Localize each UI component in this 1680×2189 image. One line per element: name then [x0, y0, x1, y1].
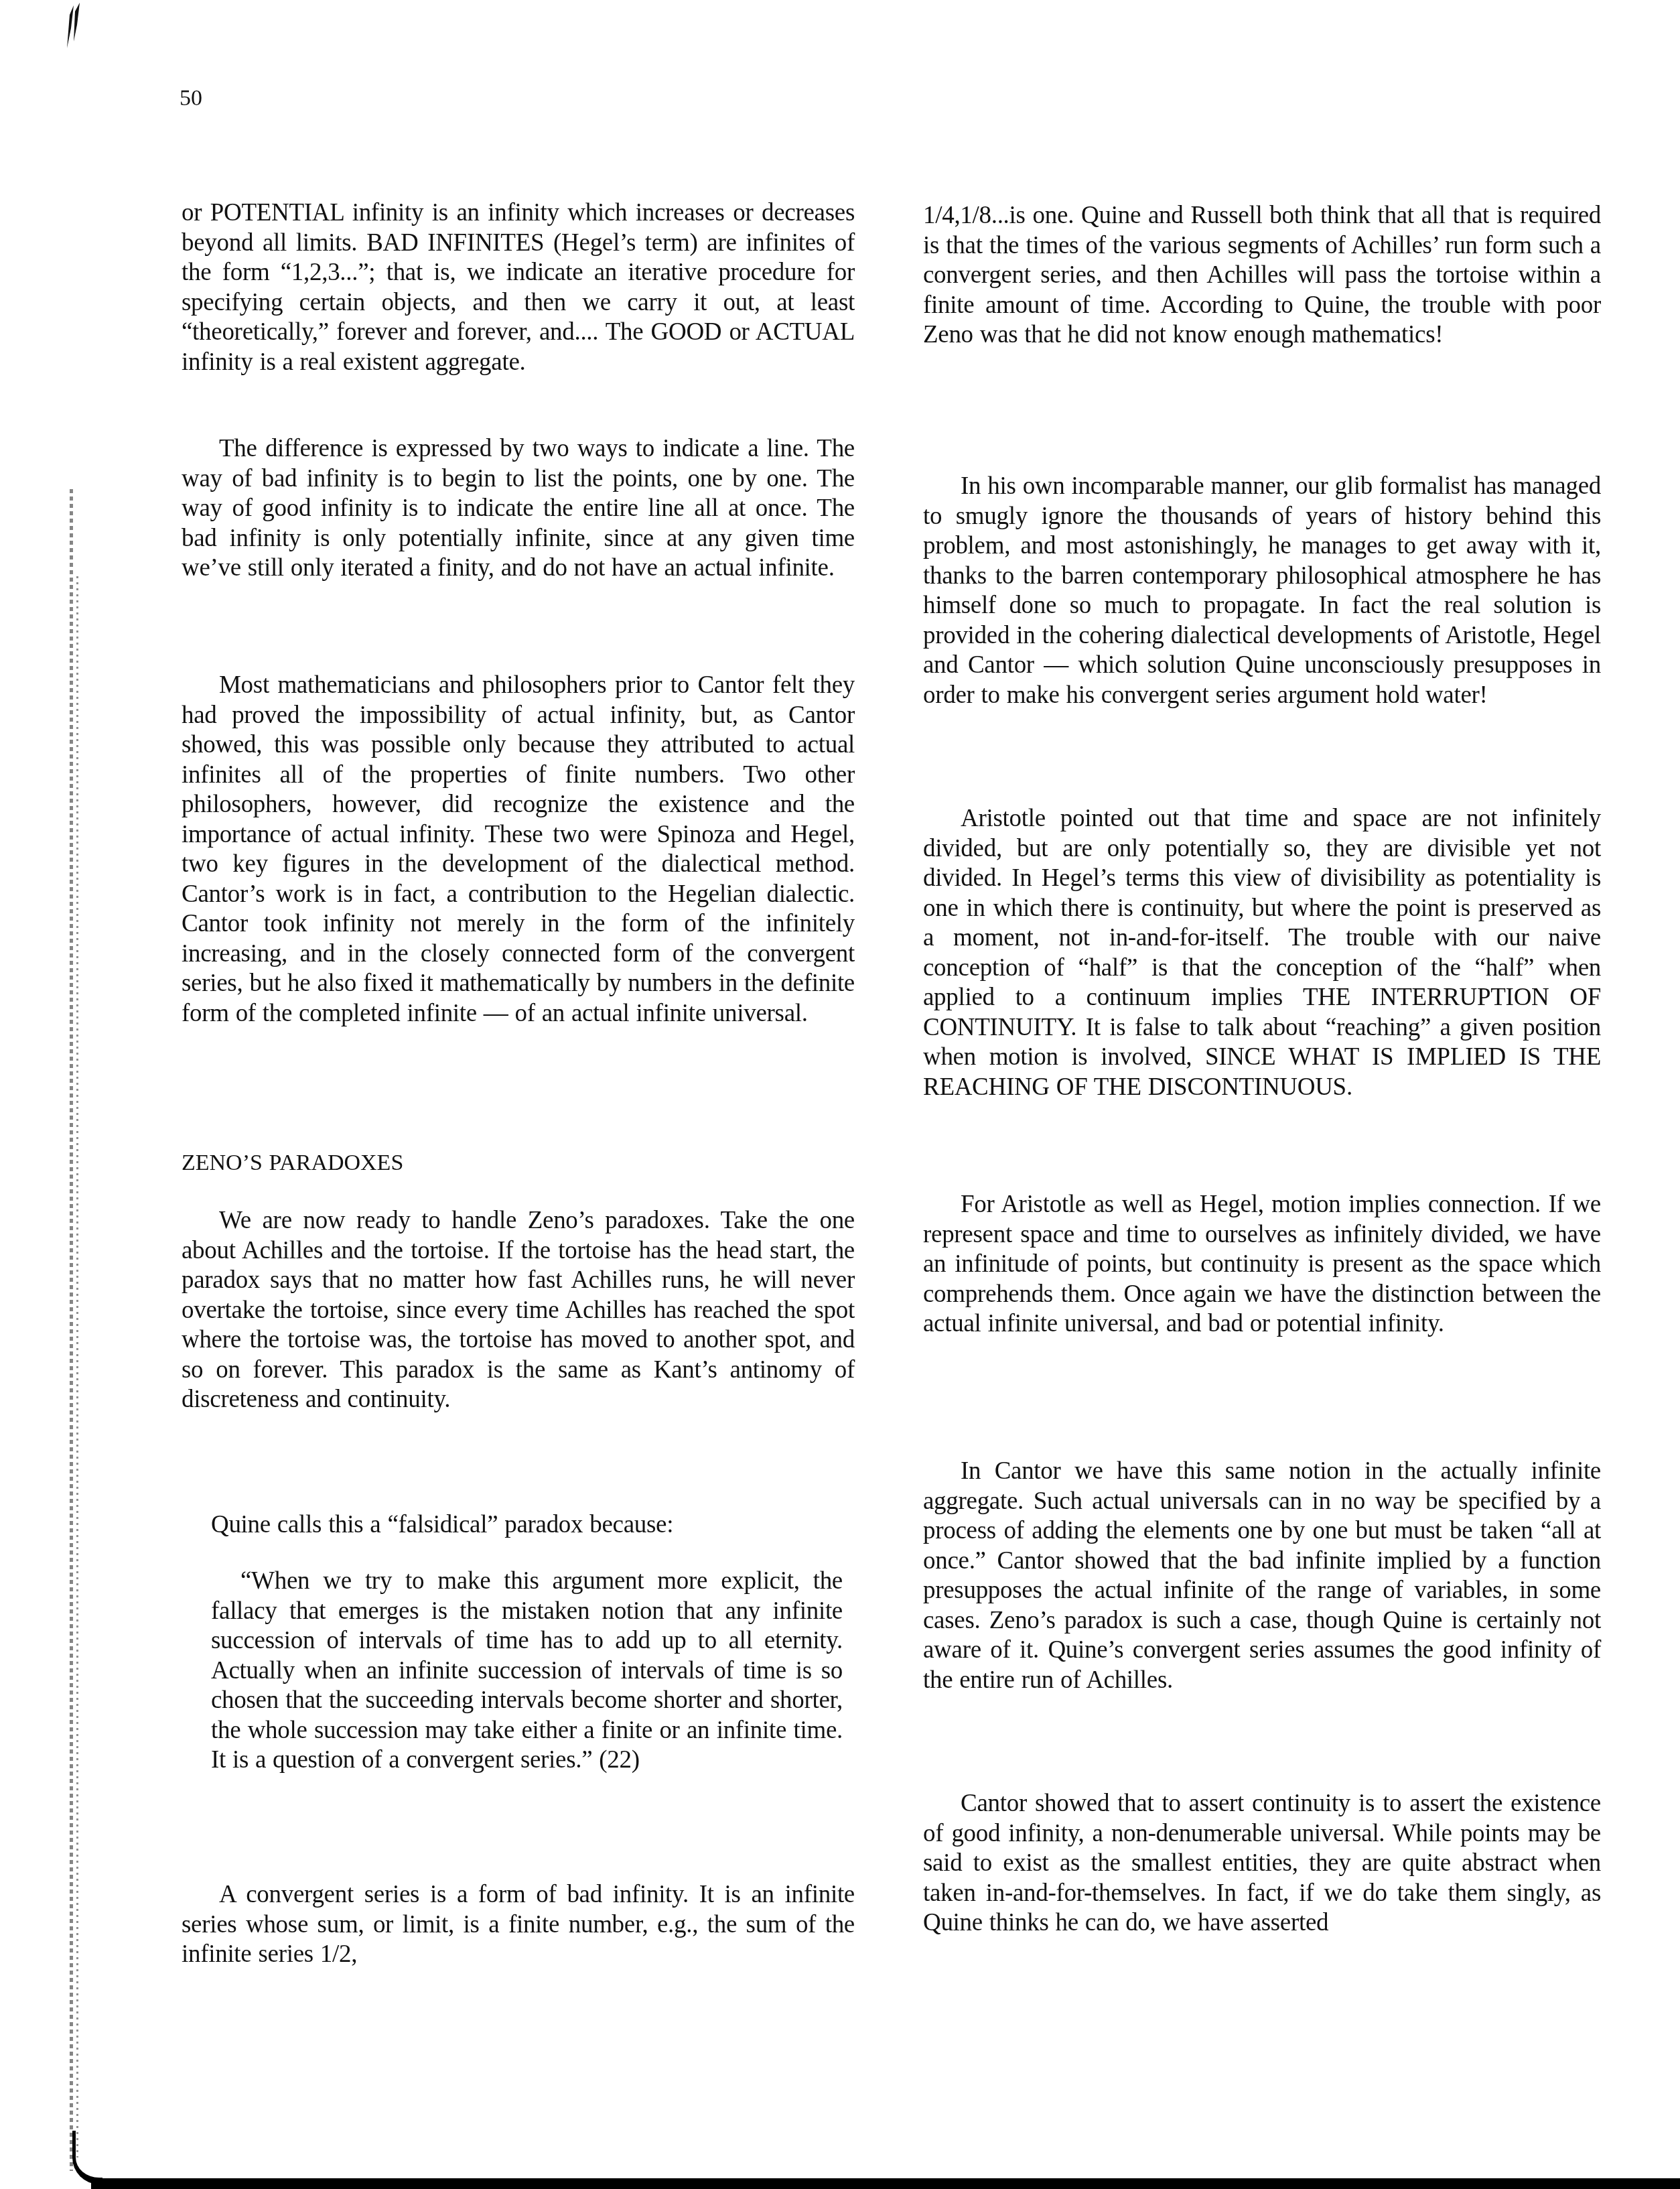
page-number: 50	[180, 87, 202, 110]
paragraph: Most mathematicians and philosophers pri…	[182, 671, 855, 1029]
paragraph: In Cantor we have this same notion in th…	[923, 1457, 1601, 1695]
scan-edge-line	[70, 489, 73, 2171]
paragraph: In his own incomparable manner, our glib…	[923, 472, 1601, 710]
scan-bottom-edge	[91, 2178, 1680, 2189]
paragraph: 1/4,1/8...is one. Quine and Russell both…	[923, 201, 1601, 350]
section-heading: ZENO’S PARADOXES	[182, 1148, 403, 1179]
scanned-page: 50 or POTENTIAL infinity is an infinity …	[0, 0, 1680, 2189]
paragraph: Quine calls this a “falsidical” paradox …	[211, 1510, 843, 1540]
ink-smudge-mark	[60, 1, 80, 52]
paragraph: The difference is expressed by two ways …	[182, 434, 855, 584]
paragraph: For Aristotle as well as Hegel, motion i…	[923, 1190, 1601, 1339]
paragraph: We are now ready to handle Zeno’s parado…	[182, 1206, 855, 1415]
paragraph: Cantor showed that to assert continuity …	[923, 1789, 1601, 1938]
scan-corner-edge	[72, 2131, 102, 2184]
paragraph: or POTENTIAL infinity is an infinity whi…	[182, 198, 855, 377]
scan-edge-line-secondary	[76, 576, 78, 2158]
paragraph: Aristotle pointed out that time and spac…	[923, 804, 1601, 1102]
paragraph: A convergent series is a form of bad inf…	[182, 1880, 855, 1970]
block-quote: “When we try to make this argument more …	[211, 1567, 843, 1776]
